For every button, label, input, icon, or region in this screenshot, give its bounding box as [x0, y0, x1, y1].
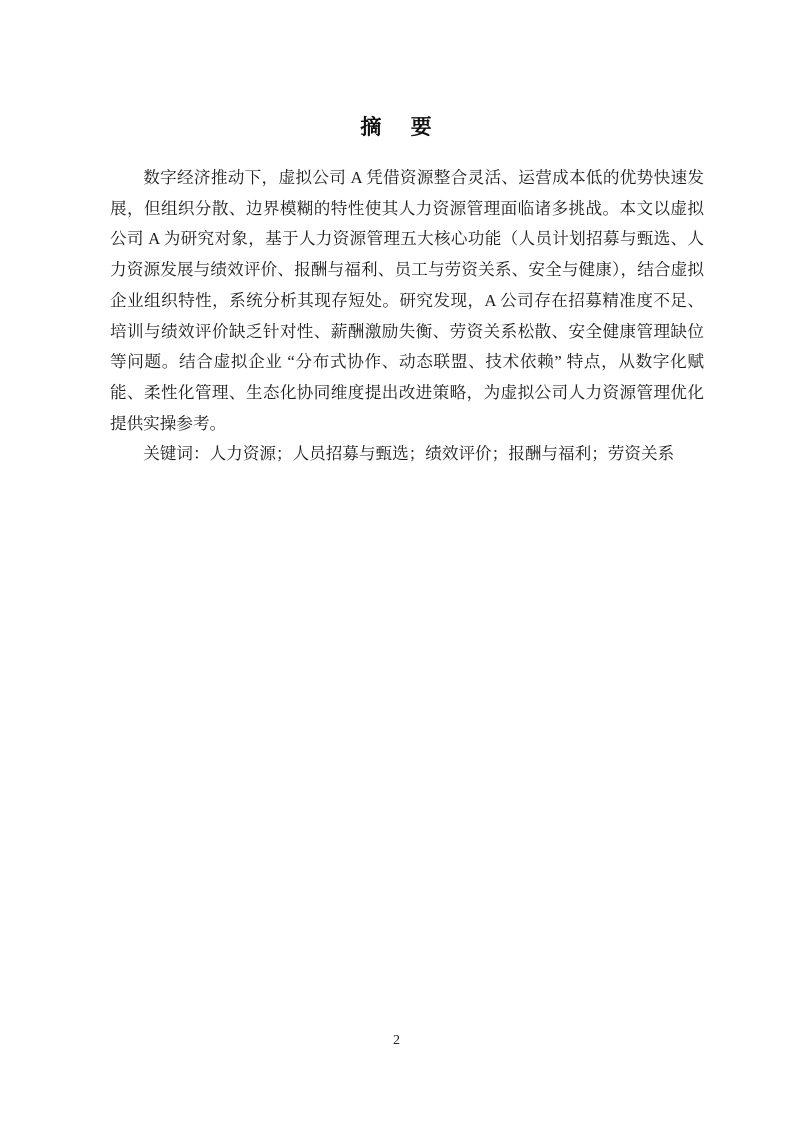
page-footer: 2 [0, 1031, 793, 1051]
abstract-paragraph: 数字经济推动下，虚拟公司 A 凭借资源整合灵活、运营成本低的优势快速发展，但组织… [110, 163, 704, 439]
abstract-section: 数字经济推动下，虚拟公司 A 凭借资源整合灵活、运营成本低的优势快速发展，但组织… [110, 163, 704, 470]
abstract-title: 摘 要 [0, 112, 793, 142]
document-page: 摘 要 数字经济推动下，虚拟公司 A 凭借资源整合灵活、运营成本低的优势快速发展… [0, 0, 793, 1122]
page-number: 2 [393, 1033, 400, 1048]
keywords-line: 关键词：人力资源；人员招募与甄选；绩效评价；报酬与福利；劳资关系 [110, 439, 704, 470]
